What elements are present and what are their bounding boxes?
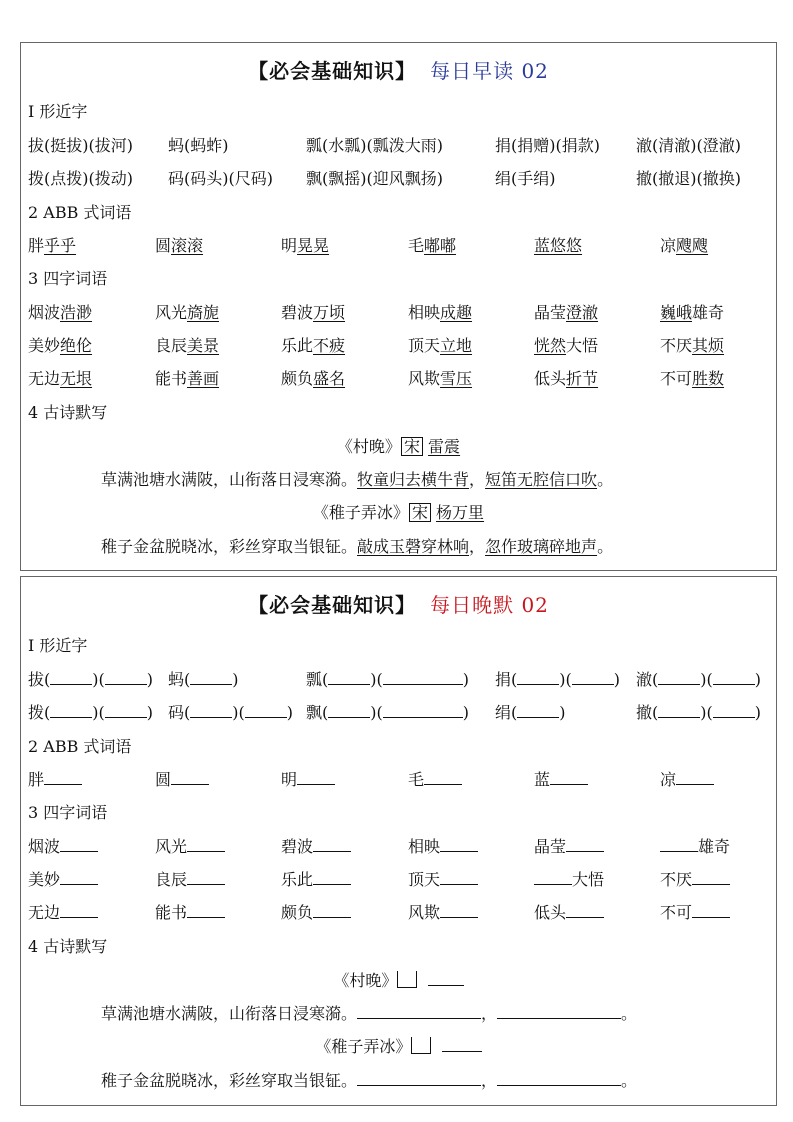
- morning-reading-panel: 【必会基础知识】每日早读 02 Ⅰ 形近字 拔(挺拔)(拔河) 蚂(蚂蚱) 瓢(…: [20, 42, 777, 571]
- author-blank[interactable]: [428, 971, 464, 986]
- answer-blank[interactable]: [550, 770, 588, 785]
- answer-blank[interactable]: [50, 703, 92, 718]
- idiom: 恍然大悟: [534, 333, 598, 356]
- answer-blank[interactable]: [566, 837, 604, 852]
- evening-title: 【必会基础知识】每日晚默 02: [21, 589, 776, 618]
- answer-blank[interactable]: [676, 770, 714, 785]
- idiom: 良辰美景: [155, 333, 219, 356]
- answer-blank[interactable]: [313, 903, 351, 918]
- idiom: 不可胜数: [660, 366, 724, 389]
- author: 雷震: [428, 437, 460, 456]
- answer-blank[interactable]: [328, 670, 370, 685]
- similar-item: 绢(): [495, 700, 566, 723]
- title-sub: 每日晚默 02: [430, 593, 549, 617]
- abb-word: 凉: [660, 767, 714, 790]
- answer-blank[interactable]: [187, 903, 225, 918]
- similar-item: 拔(挺拔)(拔河): [28, 133, 133, 156]
- idiom: 烟波: [28, 834, 98, 857]
- similar-item: 澈()(): [636, 667, 761, 690]
- idiom: 能书善画: [155, 366, 219, 389]
- idiom: 乐此: [281, 867, 351, 890]
- answer-blank[interactable]: [383, 670, 463, 685]
- answer-blank[interactable]: [60, 903, 98, 918]
- answer-blank[interactable]: [440, 870, 478, 885]
- answer-blank[interactable]: [517, 670, 559, 685]
- idiom: 雄奇: [660, 834, 730, 857]
- similar-item: 捐(捐赠)(捐款): [495, 133, 600, 156]
- answer-blank[interactable]: [517, 703, 559, 718]
- similar-item: 拔()(): [28, 667, 153, 690]
- answer-blank[interactable]: [313, 837, 351, 852]
- idiom: 风欺雪压: [408, 366, 472, 389]
- similar-item: 拨(点拨)(拨动): [28, 166, 133, 189]
- answer-blank[interactable]: [313, 870, 351, 885]
- similar-item: 撤()(): [636, 700, 761, 723]
- idiom: 相映: [408, 834, 478, 857]
- author-blank[interactable]: [442, 1037, 482, 1052]
- answer-blank[interactable]: [658, 703, 700, 718]
- title-sub: 每日早读 02: [430, 59, 549, 83]
- idiom: 相映成趣: [408, 300, 472, 323]
- answer-blank[interactable]: [440, 903, 478, 918]
- section-poems: 4 古诗默写: [28, 934, 107, 957]
- line-blank[interactable]: [357, 1004, 481, 1019]
- poem2-heading: 《稚子弄冰》: [21, 1034, 776, 1057]
- dynasty: 宋: [401, 437, 423, 456]
- abb-word: 明: [281, 767, 335, 790]
- answer-blank[interactable]: [187, 870, 225, 885]
- answer-blank[interactable]: [187, 837, 225, 852]
- answer-blank[interactable]: [60, 870, 98, 885]
- similar-item: 拨()(): [28, 700, 153, 723]
- idiom: 风欺: [408, 900, 478, 923]
- abb-word: 毛嘟嘟: [408, 233, 456, 256]
- idiom: 大悟: [534, 867, 604, 890]
- section-similar-chars: Ⅰ 形近字: [28, 99, 87, 122]
- idiom: 低头折节: [534, 366, 598, 389]
- answer-blank[interactable]: [328, 703, 370, 718]
- similar-item: 瓢()(): [306, 667, 469, 690]
- answer-blank[interactable]: [658, 670, 700, 685]
- answer-blank[interactable]: [572, 670, 614, 685]
- morning-title: 【必会基础知识】每日早读 02: [21, 55, 776, 84]
- answer-blank[interactable]: [60, 837, 98, 852]
- answer-blank[interactable]: [566, 903, 604, 918]
- similar-item: 码()(): [168, 700, 293, 723]
- abb-word: 胖乎乎: [28, 233, 76, 256]
- abb-word: 圆滚滚: [155, 233, 203, 256]
- answer-blank[interactable]: [713, 670, 755, 685]
- poem1-heading: 《村晚》宋 雷震: [21, 434, 776, 457]
- section-idioms: 3 四字词语: [28, 266, 107, 289]
- similar-item: 蚂(蚂蚱): [168, 133, 229, 156]
- abb-word: 毛: [408, 767, 462, 790]
- idiom: 晶莹澄澈: [534, 300, 598, 323]
- idiom: 顶天立地: [408, 333, 472, 356]
- similar-item: 撤(撤退)(撤换): [636, 166, 741, 189]
- abb-word: 圆: [155, 767, 209, 790]
- poem1-text: 草满池塘水满陂，山衔落日浸寒漪。，。: [101, 1001, 637, 1024]
- abb-word: 明晃晃: [281, 233, 329, 256]
- similar-item: 澈(清澈)(澄澈): [636, 133, 741, 156]
- answer-blank[interactable]: [660, 837, 698, 852]
- idiom: 烟波浩渺: [28, 300, 92, 323]
- idiom: 颇负盛名: [281, 366, 345, 389]
- idiom: 碧波: [281, 834, 351, 857]
- answer-blank[interactable]: [50, 670, 92, 685]
- answer-blank[interactable]: [190, 703, 232, 718]
- title-main: 【必会基础知识】: [248, 59, 416, 83]
- idiom: 不可: [660, 900, 730, 923]
- section-poems: 4 古诗默写: [28, 400, 107, 423]
- section-similar-chars: Ⅰ 形近字: [28, 633, 87, 656]
- line-blank[interactable]: [357, 1071, 481, 1086]
- answer-blank[interactable]: [171, 770, 209, 785]
- answer-blank[interactable]: [534, 870, 572, 885]
- poem2-text: 稚子金盆脱晓冰，彩丝穿取当银钲。，。: [101, 1068, 637, 1091]
- idiom: 晶莹: [534, 834, 604, 857]
- idiom: 美妙: [28, 867, 98, 890]
- similar-item: 飘()(): [306, 700, 469, 723]
- idiom: 美妙绝伦: [28, 333, 92, 356]
- idiom: 不厌: [660, 867, 730, 890]
- section-abb: 2 ABB 式词语: [28, 734, 131, 757]
- answer-blank[interactable]: [297, 770, 335, 785]
- idiom: 无边无垠: [28, 366, 92, 389]
- idiom: 低头: [534, 900, 604, 923]
- dynasty-blank[interactable]: [397, 971, 417, 988]
- idiom: 巍峨雄奇: [660, 300, 724, 323]
- answer-blank[interactable]: [105, 670, 147, 685]
- evening-dictation-panel: 【必会基础知识】每日晚默 02 Ⅰ 形近字 拔()()蚂()瓢()()捐()()…: [20, 576, 777, 1106]
- answer-blank[interactable]: [190, 670, 232, 685]
- dynasty: 宋: [409, 503, 431, 522]
- idiom: 碧波万顷: [281, 300, 345, 323]
- idiom: 乐此不疲: [281, 333, 345, 356]
- idiom: 能书: [155, 900, 225, 923]
- answer-blank[interactable]: [424, 770, 462, 785]
- poem2-text: 稚子金盆脱晓冰，彩丝穿取当银钲。敲成玉磬穿林响，忽作玻璃碎地声。: [101, 534, 613, 557]
- answer-blank[interactable]: [440, 837, 478, 852]
- similar-item: 码(码头)(尺码): [168, 166, 273, 189]
- idiom: 不厌其烦: [660, 333, 724, 356]
- abb-word: 凉飕飕: [660, 233, 708, 256]
- answer-blank[interactable]: [383, 703, 463, 718]
- idiom: 风光旖旎: [155, 300, 219, 323]
- similar-item: 捐()(): [495, 667, 620, 690]
- author: 杨万里: [436, 503, 484, 522]
- dynasty-blank[interactable]: [411, 1037, 431, 1054]
- answer-blank[interactable]: [44, 770, 82, 785]
- answer-blank[interactable]: [692, 903, 730, 918]
- idiom: 无边: [28, 900, 98, 923]
- title-main: 【必会基础知识】: [248, 593, 416, 617]
- line-blank[interactable]: [497, 1071, 621, 1086]
- section-abb: 2 ABB 式词语: [28, 200, 131, 223]
- idiom: 风光: [155, 834, 225, 857]
- section-idioms: 3 四字词语: [28, 800, 107, 823]
- line-blank[interactable]: [497, 1004, 621, 1019]
- answer-blank[interactable]: [713, 703, 755, 718]
- abb-word: 蓝: [534, 767, 588, 790]
- similar-item: 绢(手绢): [495, 166, 556, 189]
- similar-item: 瓢(水瓢)(瓢泼大雨): [306, 133, 443, 156]
- poem1-heading: 《村晚》: [21, 968, 776, 991]
- idiom: 顶天: [408, 867, 478, 890]
- answer-blank[interactable]: [105, 703, 147, 718]
- idiom: 颇负: [281, 900, 351, 923]
- answer-blank[interactable]: [692, 870, 730, 885]
- similar-item: 蚂(): [168, 667, 239, 690]
- idiom: 良辰: [155, 867, 225, 890]
- abb-word: 胖: [28, 767, 82, 790]
- abb-word: 蓝悠悠: [534, 233, 582, 256]
- poem2-heading: 《稚子弄冰》宋 杨万里: [21, 500, 776, 523]
- similar-item: 飘(飘摇)(迎风飘扬): [306, 166, 443, 189]
- poem1-text: 草满池塘水满陂，山衔落日浸寒漪。牧童归去横牛背，短笛无腔信口吹。: [101, 467, 613, 490]
- answer-blank[interactable]: [245, 703, 287, 718]
